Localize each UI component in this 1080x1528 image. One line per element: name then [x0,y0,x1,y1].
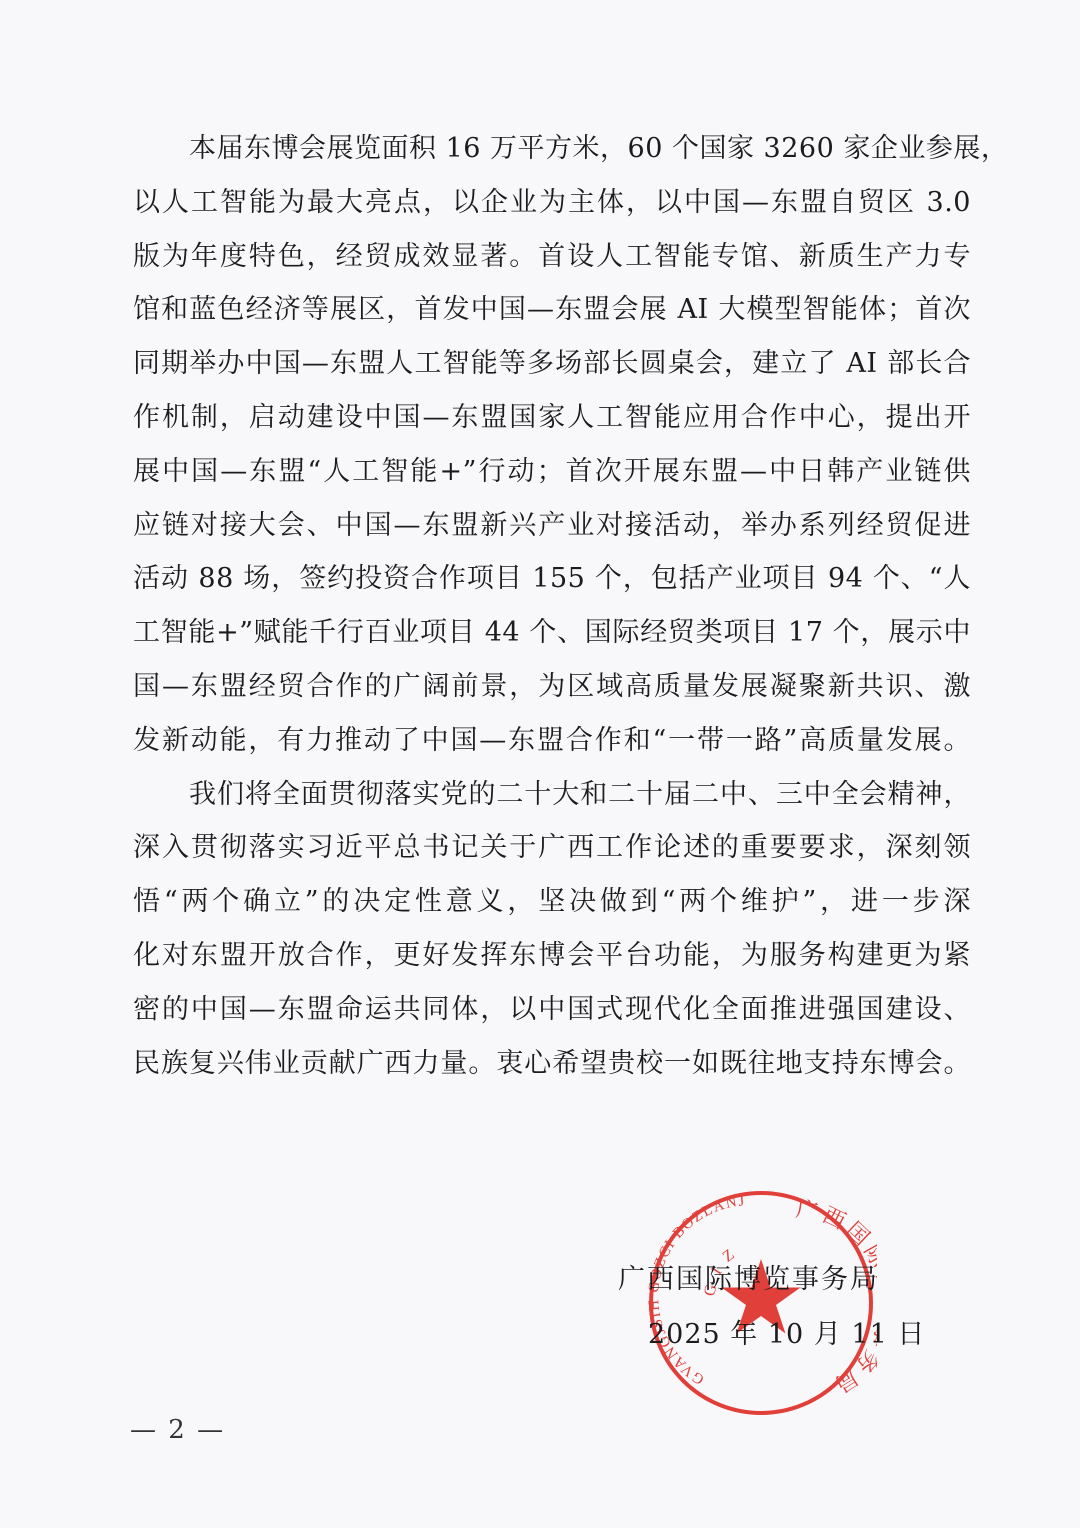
text-line: 活动 88 场，签约投资合作项目 155 个，包括产业项目 94 个、“人 [133,552,971,606]
issue-date: 2025 年 10 月 11 日 [648,1315,925,1355]
text-line: 本届东博会展览面积 16 万平方米，60 个国家 3260 家企业参展， [133,122,971,176]
text-line: 馆和蓝色经济等展区，首发中国—东盟会展 AI 大模型智能体；首次 [133,283,971,337]
official-seal-icon: GVANGJSIH GOZCI BOZLANJ 广西国际博览事务局 GIZ [645,1187,877,1419]
text-line: 国—东盟经贸合作的广阔前景，为区域高质量发展凝聚新共识、激 [133,660,971,714]
text-line: 化对东盟开放合作，更好发挥东博会平台功能，为服务构建更为紧 [133,929,971,983]
issuing-organization: 广西国际博览事务局 [618,1260,879,1300]
text-line: 同期举办中国—东盟人工智能等多场部长圆桌会，建立了 AI 部长合 [133,337,971,391]
text-line: 工智能+”赋能千行百业项目 44 个、国际经贸类项目 17 个，展示中 [133,606,971,660]
text-line: 发新动能，有力推动了中国—东盟合作和“一带一路”高质量发展。 [133,714,971,768]
letter-body: 本届东博会展览面积 16 万平方米，60 个国家 3260 家企业参展， 以人工… [133,122,971,1090]
text-line: 悟“两个确立”的决定性意义，坚决做到“两个维护”，进一步深 [133,875,971,929]
document-page: 本届东博会展览面积 16 万平方米，60 个国家 3260 家企业参展， 以人工… [0,0,1080,1528]
text-line: 作机制，启动建设中国—东盟国家人工智能应用合作中心，提出开 [133,391,971,445]
text-line: 民族复兴伟业贡献广西力量。衷心希望贵校一如既往地支持东博会。 [133,1037,971,1091]
page-number: — 2 — [130,1412,225,1448]
text-line: 版为年度特色，经贸成效显著。首设人工智能专馆、新质生产力专 [133,230,971,284]
text-line: 展中国—东盟“人工智能+”行动；首次开展东盟—中日韩产业链供 [133,445,971,499]
text-line: 我们将全面贯彻落实党的二十大和二十届二中、三中全会精神， [133,768,971,822]
text-line: 深入贯彻落实习近平总书记关于广西工作论述的重要要求，深刻领 [133,821,971,875]
text-line: 应链对接大会、中国—东盟新兴产业对接活动，举办系列经贸促进 [133,499,971,553]
text-line: 密的中国—东盟命运共同体，以中国式现代化全面推进强国建设、 [133,983,971,1037]
text-line: 以人工智能为最大亮点，以企业为主体，以中国—东盟自贸区 3.0 [133,176,971,230]
